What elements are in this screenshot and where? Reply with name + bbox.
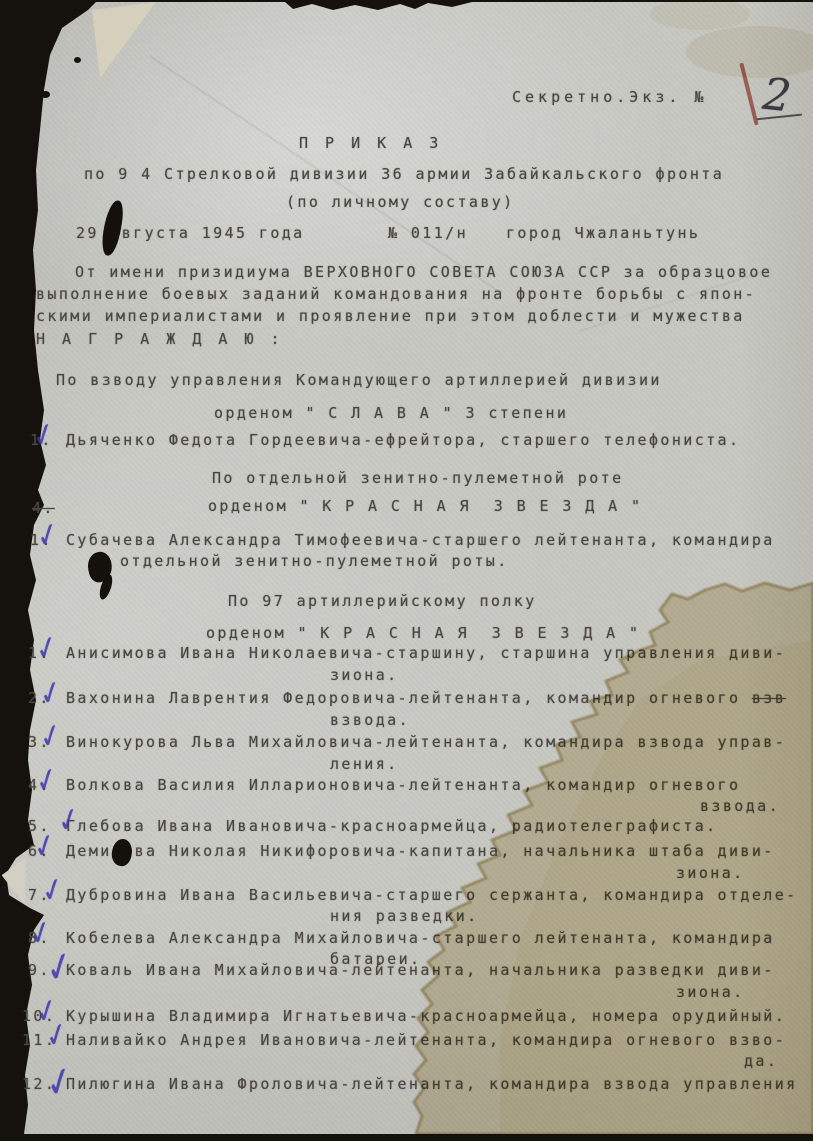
classification-label: Секретно.Экз. № <box>512 88 707 107</box>
item-text: Курышина Владимира Игнатьевича-красноарм… <box>66 1007 786 1026</box>
item-text: Кобелева Александра Михайловича-старшего… <box>66 929 775 948</box>
item-text: Коваль Ивана Михайловича-лейтенанта, нач… <box>66 961 775 980</box>
item-text: Дьяченко Федота Гордеевича-ефрейтора, ст… <box>66 431 740 450</box>
order-number: № 011/н <box>388 224 468 243</box>
section-unit-heading: По взводу управления Командующего артилл… <box>56 371 662 390</box>
award-order-line: орденом " К Р А С Н А Я З В Е З Д А " <box>206 624 640 643</box>
item-text: Субачева Александра Тимофеевича-старшего… <box>66 531 775 550</box>
item-text-continuation: зиона. <box>330 666 399 685</box>
order-title: П Р И К А З <box>299 134 442 153</box>
item-text: Демидова Николая Никифоровича-капитана, … <box>66 842 775 861</box>
section-unit-heading: По отдельной зенитно-пулеметной роте <box>212 469 624 488</box>
item-text-continuation: взвода. <box>700 797 780 816</box>
item-text-continuation: взвода. <box>330 711 410 730</box>
order-city: город Чжаланьтунь <box>506 224 700 243</box>
struck-text: взв <box>752 689 786 707</box>
award-declaration: Н А Г Р А Ж Д А Ю : <box>36 330 284 349</box>
item-text: Глебова Ивана Ивановича-красноармейца, р… <box>66 817 718 836</box>
order-scope-note: (по личному составу) <box>286 193 515 212</box>
preamble-line: От имени призидиума ВЕРХОВНОГО СОВЕТА СО… <box>75 263 772 282</box>
award-order-line: орденом " К Р А С Н А Я З В Е З Д А " <box>208 497 642 516</box>
paper-speck <box>41 91 50 98</box>
preamble-line: выполнение боевых заданий командования н… <box>36 285 756 304</box>
item-text-continuation: зиона. <box>676 864 745 883</box>
section-unit-heading: По 97 артиллерийскому полку <box>228 592 537 611</box>
paper-speck <box>74 57 81 63</box>
preamble-line: скими империалистами и проявление при эт… <box>36 307 745 326</box>
item-text: Наливайко Андрея Ивановича-лейтенанта, к… <box>66 1031 786 1050</box>
item-text: Пилюгина Ивана Фроловича-лейтенанта, ком… <box>66 1075 798 1094</box>
item-text-main: Вахонина Лаврентия Федоровича-лейтенанта… <box>66 689 752 707</box>
scanned-document: Секретно.Экз. № 2 П Р И К А З по 9 4 Стр… <box>0 0 813 1141</box>
item-text: Вахонина Лаврентия Федоровича-лейтенанта… <box>66 689 786 708</box>
order-scope: по 9 4 Стрелковой дивизии 36 армии Забай… <box>84 165 724 184</box>
item-text-continuation: отдельной зенитно-пулеметной роты. <box>120 552 509 571</box>
item-text: Анисимова Ивана Николаевича-старшину, ст… <box>66 644 786 663</box>
award-order-line: орденом " С Л А В А " 3 степени <box>214 404 568 423</box>
item-text: Дубровина Ивана Васильевича-старшего сер… <box>66 886 798 905</box>
item-text-continuation: да. <box>744 1052 778 1071</box>
item-text-continuation: ния разведки. <box>330 907 479 926</box>
paper-speck <box>36 84 40 88</box>
item-text: Волкова Василия Илларионовича-лейтенанта… <box>66 776 740 795</box>
item-text: Винокурова Льва Михайловича-лейтенанта, … <box>66 733 786 752</box>
item-text-continuation: зиона. <box>676 983 745 1002</box>
item-text-continuation: ления. <box>330 755 399 774</box>
